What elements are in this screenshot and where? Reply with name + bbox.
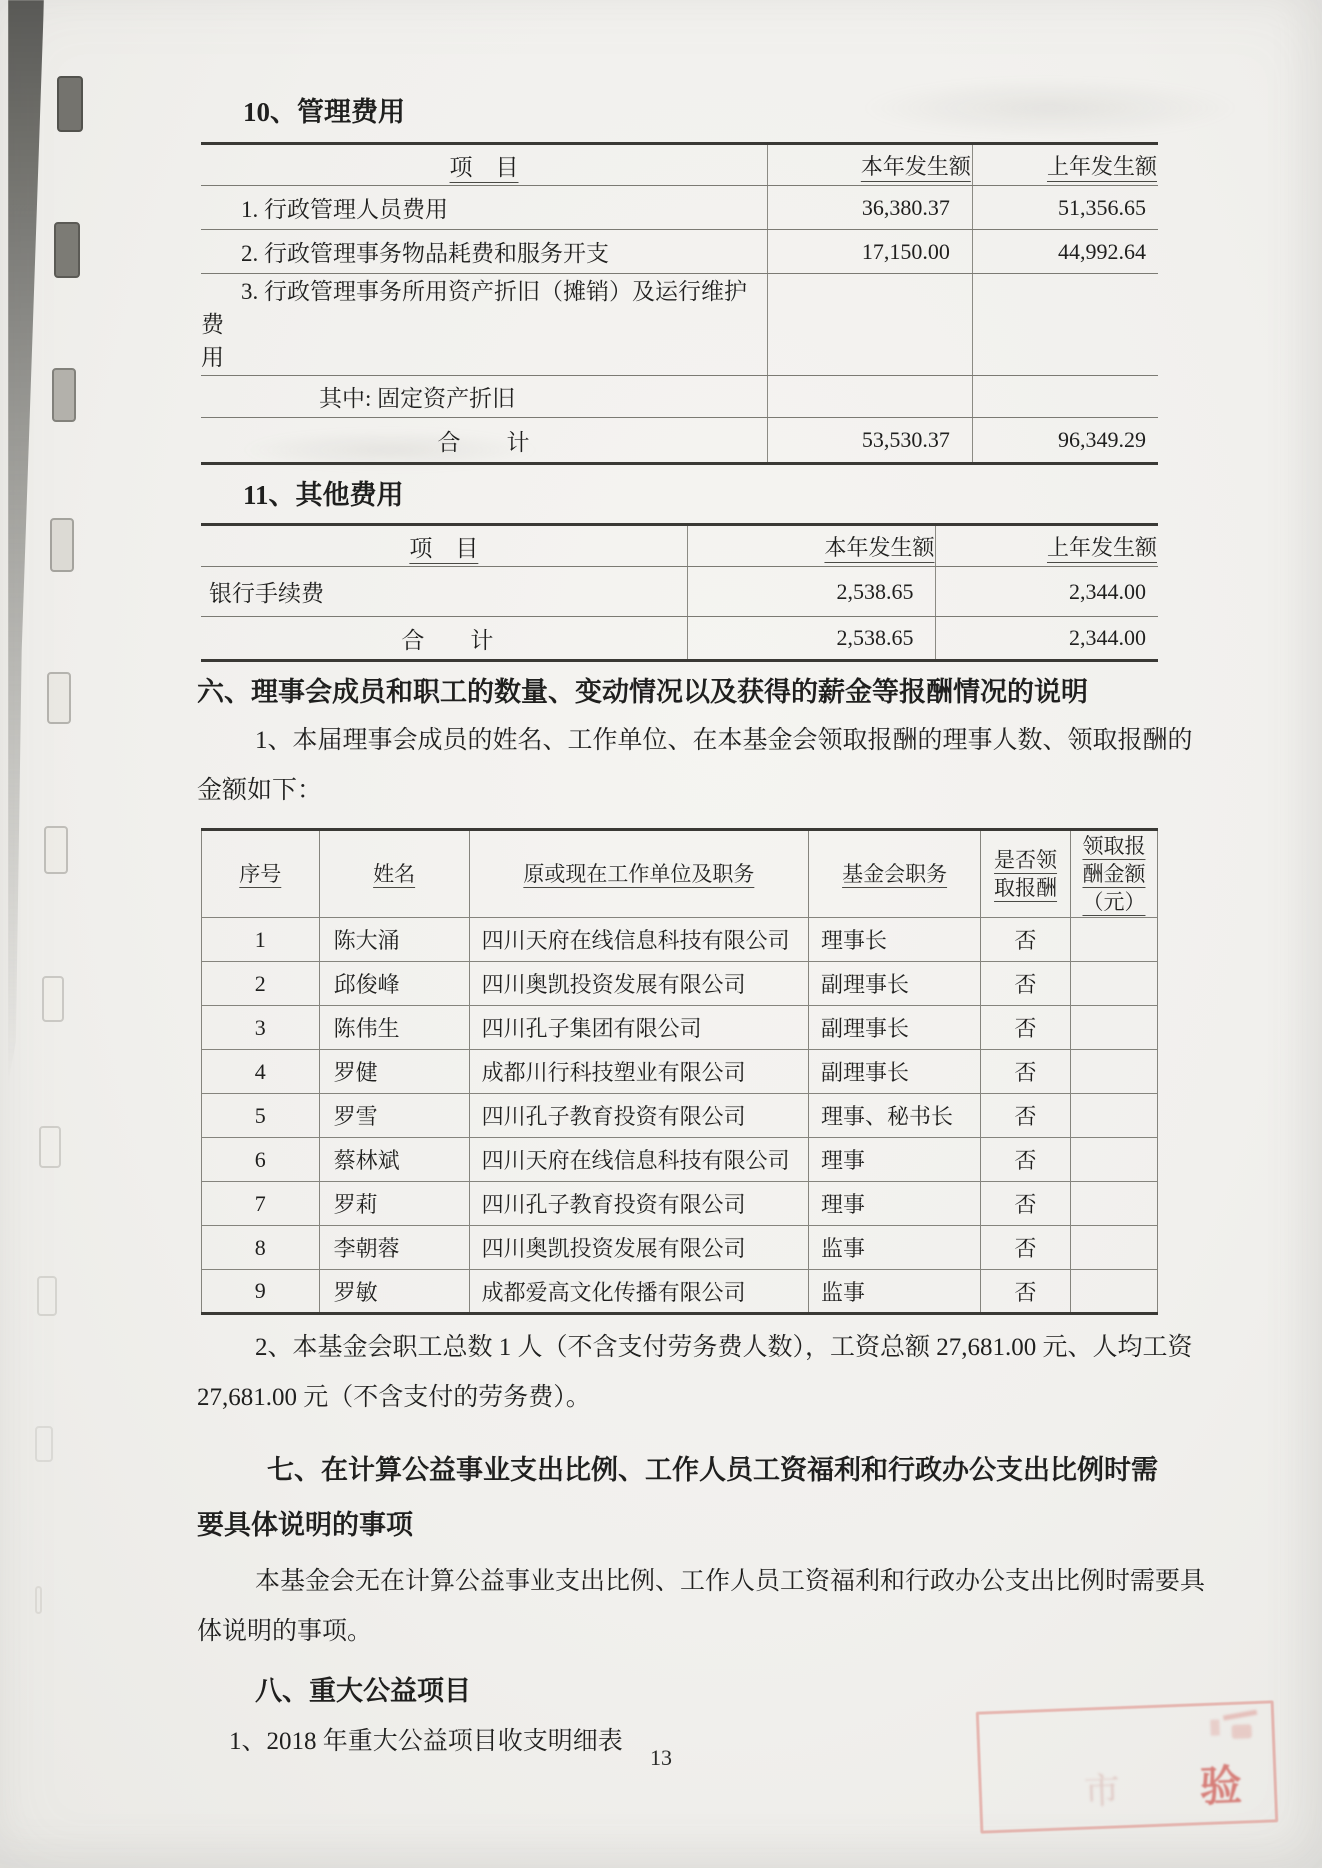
- table-row: 7罗莉四川孔子教育投资有限公司理事否: [202, 1182, 1158, 1226]
- cell-paid: 否: [981, 1138, 1071, 1182]
- table-row: 2. 行政管理事务物品耗费和服务开支17,150.0044,992.64: [201, 230, 1158, 274]
- cell-unit: 成都爱高文化传播有限公司: [469, 1270, 808, 1314]
- cell-paid: 否: [981, 1050, 1071, 1094]
- table-row: 9罗敏成都爱高文化传播有限公司监事否: [202, 1270, 1158, 1314]
- cell-name: 罗雪: [319, 1094, 469, 1138]
- table-row: 合 计53,530.3796,349.29: [201, 418, 1158, 464]
- stamp-faded-marks: [1210, 1719, 1220, 1735]
- table-row: 3. 行政管理事务所用资产折旧（摊销）及运行维护费 用: [201, 274, 1158, 376]
- column-header-item: 项 目: [201, 525, 687, 567]
- stamp-character: 验: [1199, 1753, 1243, 1815]
- cell-prior: [972, 274, 1158, 376]
- table-row: 其中: 固定资产折旧: [201, 376, 1158, 418]
- cell-name: 李朝蓉: [319, 1226, 469, 1270]
- cell-amount: [1070, 1094, 1157, 1138]
- cell-prior: 96,349.29: [972, 418, 1158, 464]
- cell-current: 2,538.65: [687, 567, 936, 617]
- cell-amount: [1070, 962, 1157, 1006]
- cell-amount: [1070, 918, 1157, 962]
- cell-no: 6: [202, 1138, 320, 1182]
- red-stamp: 市 验: [976, 1700, 1278, 1833]
- cell-paid: 否: [981, 1270, 1071, 1314]
- cell-item: 银行手续费: [201, 567, 687, 617]
- cell-title: 理事: [809, 1182, 981, 1226]
- cell-current: 2,538.65: [687, 617, 936, 661]
- cell-paid: 否: [981, 962, 1071, 1006]
- cell-unit: 四川天府在线信息科技有限公司: [469, 918, 808, 962]
- board-members-intro-paragraph: 1、本届理事会成员的姓名、工作单位、在本基金会领取报酬的理事人数、领取报酬的 金…: [197, 716, 1257, 816]
- cell-title: 监事: [809, 1270, 981, 1314]
- cell-current: [768, 274, 973, 376]
- table-header-row: 项 目 本年发生额 上年发生额: [201, 525, 1158, 567]
- cell-no: 7: [202, 1182, 320, 1226]
- table-row: 6蔡林斌四川天府在线信息科技有限公司理事否: [202, 1138, 1158, 1182]
- cell-name: 罗健: [319, 1050, 469, 1094]
- stamp-character-faint: 市: [1083, 1762, 1121, 1814]
- cell-unit: 四川孔子教育投资有限公司: [469, 1094, 808, 1138]
- table-header-row: 序号 姓名 原或现在工作单位及职务 基金会职务 是否领 取报酬 领取报 酬金额 …: [202, 830, 1158, 918]
- stamp-faded-marks: [1231, 1724, 1252, 1739]
- stamp-faded-marks: [1223, 1710, 1257, 1721]
- cell-title: 副理事长: [809, 962, 981, 1006]
- cell-no: 8: [202, 1226, 320, 1270]
- cell-title: 监事: [809, 1226, 981, 1270]
- cell-title: 副理事长: [809, 1006, 981, 1050]
- cell-amount: [1070, 1182, 1157, 1226]
- cell-current: 53,530.37: [768, 418, 973, 464]
- cell-name: 罗莉: [319, 1182, 469, 1226]
- column-header-no: 序号: [202, 830, 320, 918]
- cell-unit: 四川孔子集团有限公司: [469, 1006, 808, 1050]
- cell-title: 理事、秘书长: [809, 1094, 981, 1138]
- document-content: 10、管理费用 项 目 本年发生额 上年发生额 1. 行政管理人员费用36,38…: [0, 0, 1322, 1767]
- board-members-table: 序号 姓名 原或现在工作单位及职务 基金会职务 是否领 取报酬 领取报 酬金额 …: [201, 828, 1158, 1315]
- cell-paid: 否: [981, 1094, 1071, 1138]
- column-header-current-year: 本年发生额: [687, 525, 936, 567]
- table-row: 5罗雪四川孔子教育投资有限公司理事、秘书长否: [202, 1094, 1158, 1138]
- cell-unit: 成都川行科技塑业有限公司: [469, 1050, 808, 1094]
- cell-amount: [1070, 1270, 1157, 1314]
- table-row: 8李朝蓉四川奥凯投资发展有限公司监事否: [202, 1226, 1158, 1270]
- column-header-work-unit: 原或现在工作单位及职务: [469, 830, 808, 918]
- table-row: 1陈大涌四川天府在线信息科技有限公司理事长否: [202, 918, 1158, 962]
- cell-name: 罗敏: [319, 1270, 469, 1314]
- section-7-paragraph: 本基金会无在计算公益事业支出比例、工作人员工资福利和行政办公支出比例时需要具 体…: [197, 1557, 1257, 1657]
- cell-name: 邱俊峰: [319, 962, 469, 1006]
- cell-no: 3: [202, 1006, 320, 1050]
- cell-unit: 四川孔子教育投资有限公司: [469, 1182, 808, 1226]
- cell-current: 17,150.00: [768, 230, 973, 274]
- cell-amount: [1070, 1050, 1157, 1094]
- cell-name: 陈大涌: [319, 918, 469, 962]
- table-row: 合 计2,538.652,344.00: [201, 617, 1158, 661]
- cell-no: 2: [202, 962, 320, 1006]
- cell-no: 1: [202, 918, 320, 962]
- cell-amount: [1070, 1226, 1157, 1270]
- cell-prior: 2,344.00: [936, 567, 1158, 617]
- cell-paid: 否: [981, 918, 1071, 962]
- column-header-current-year: 本年发生额: [768, 144, 973, 186]
- cell-no: 5: [202, 1094, 320, 1138]
- cell-unit: 四川奥凯投资发展有限公司: [469, 1226, 808, 1270]
- cell-amount: [1070, 1138, 1157, 1182]
- cell-item: 2. 行政管理事务物品耗费和服务开支: [201, 230, 768, 274]
- cell-item: 合 计: [201, 617, 687, 661]
- cell-title: 理事: [809, 1138, 981, 1182]
- cell-amount: [1070, 1006, 1157, 1050]
- section-6-heading: 六、理事会成员和职工的数量、变动情况以及获得的薪金等报酬情况的说明: [197, 674, 1257, 710]
- cell-item: 其中: 固定资产折旧: [201, 376, 768, 418]
- column-header-prior-year: 上年发生额: [936, 525, 1158, 567]
- cell-name: 蔡林斌: [319, 1138, 469, 1182]
- cell-title: 副理事长: [809, 1050, 981, 1094]
- section-7-heading: 七、在计算公益事业支出比例、工作人员工资福利和行政办公支出比例时需 要具体说明的…: [197, 1443, 1257, 1553]
- cell-no: 9: [202, 1270, 320, 1314]
- column-header-amount: 领取报 酬金额 （元）: [1070, 830, 1157, 918]
- table-row: 3陈伟生四川孔子集团有限公司副理事长否: [202, 1006, 1158, 1050]
- column-header-prior-year: 上年发生额: [972, 144, 1158, 186]
- column-header-name: 姓名: [319, 830, 469, 918]
- table-row: 1. 行政管理人员费用36,380.3751,356.65: [201, 186, 1158, 230]
- cell-paid: 否: [981, 1182, 1071, 1226]
- section-11-heading: 11、其他费用: [243, 479, 1257, 511]
- cell-item: 1. 行政管理人员费用: [201, 186, 768, 230]
- scanned-document-page: 10、管理费用 项 目 本年发生额 上年发生额 1. 行政管理人员费用36,38…: [0, 0, 1322, 1868]
- cell-prior: [972, 376, 1158, 418]
- cell-current: 36,380.37: [768, 186, 973, 230]
- other-expenses-table: 项 目 本年发生额 上年发生额 银行手续费2,538.652,344.00合 计…: [201, 523, 1158, 662]
- cell-title: 理事长: [809, 918, 981, 962]
- table-row: 2邱俊峰四川奥凯投资发展有限公司副理事长否: [202, 962, 1158, 1006]
- cell-name: 陈伟生: [319, 1006, 469, 1050]
- cell-item: 合 计: [201, 418, 768, 464]
- cell-unit: 四川天府在线信息科技有限公司: [469, 1138, 808, 1182]
- column-header-item: 项 目: [201, 144, 768, 186]
- cell-prior: 51,356.65: [972, 186, 1158, 230]
- cell-paid: 否: [981, 1226, 1071, 1270]
- management-expenses-table: 项 目 本年发生额 上年发生额 1. 行政管理人员费用36,380.3751,3…: [201, 142, 1158, 465]
- table-row: 银行手续费2,538.652,344.00: [201, 567, 1158, 617]
- cell-prior: 2,344.00: [936, 617, 1158, 661]
- table-header-row: 项 目 本年发生额 上年发生额: [201, 144, 1158, 186]
- cell-prior: 44,992.64: [972, 230, 1158, 274]
- cell-current: [768, 376, 973, 418]
- column-header-foundation-title: 基金会职务: [809, 830, 981, 918]
- cell-no: 4: [202, 1050, 320, 1094]
- table-row: 4罗健成都川行科技塑业有限公司副理事长否: [202, 1050, 1158, 1094]
- cell-item: 3. 行政管理事务所用资产折旧（摊销）及运行维护费 用: [201, 274, 768, 376]
- cell-paid: 否: [981, 1006, 1071, 1050]
- section-8-heading: 八、重大公益项目: [197, 1673, 1257, 1709]
- column-header-paid: 是否领 取报酬: [981, 830, 1071, 918]
- section-10-heading: 10、管理费用: [243, 96, 1257, 128]
- cell-unit: 四川奥凯投资发展有限公司: [469, 962, 808, 1006]
- staff-summary-paragraph: 2、本基金会职工总数 1 人（不含支付劳务费人数），工资总额 27,681.00…: [197, 1323, 1257, 1423]
